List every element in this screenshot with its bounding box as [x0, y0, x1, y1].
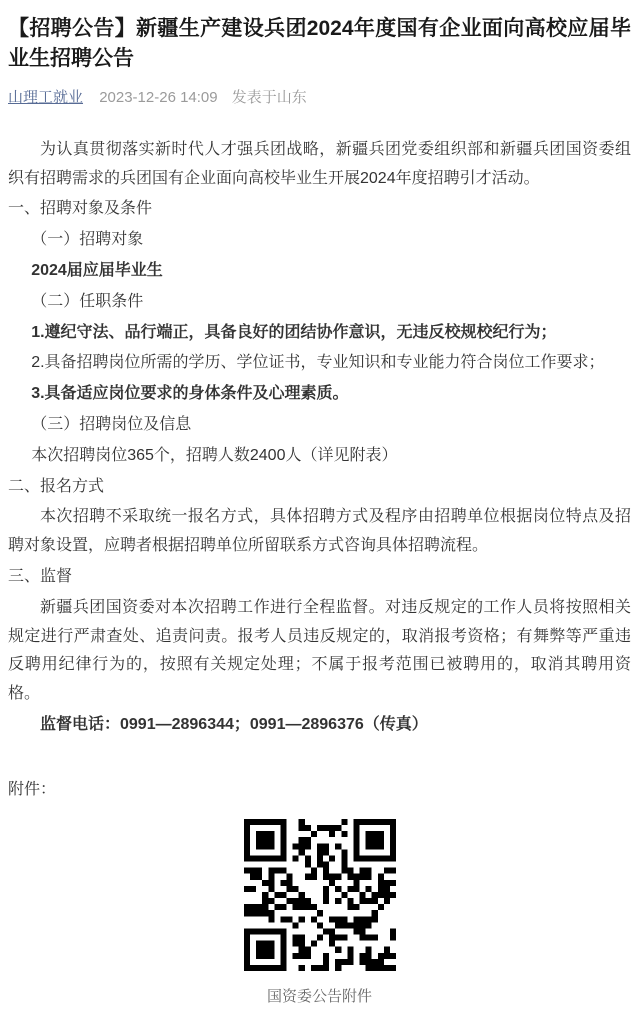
condition-item-2: 2.具备招聘岗位所需的学历、学位证书，专业知识和专业能力符合岗位工作要求；	[8, 349, 631, 378]
condition-item-1: 1.遵纪守法、品行端正，具备良好的团结协作意识，无违反校规校纪行为；	[8, 319, 631, 348]
publish-location: 发表于山东	[232, 89, 307, 106]
subsection-heading-1-2: （二）任职条件	[8, 288, 631, 317]
attachment-label: 附件：	[8, 776, 631, 805]
page-title: 【招聘公告】新疆生产建设兵团2024年度国有企业面向高校应届毕业生招聘公告	[8, 14, 631, 75]
subsection-heading-1-1: （一）招聘对象	[8, 226, 631, 255]
paragraph-registration: 本次招聘不采取统一报名方式，具体招聘方式及程序由招聘单位根据岗位特点及招聘对象设…	[8, 503, 631, 561]
section-heading-2: 二、报名方式	[8, 473, 631, 502]
account-link[interactable]: 山理工就业	[8, 89, 83, 106]
publish-datetime: 2023-12-26 14:09	[99, 89, 217, 106]
condition-item-3: 3.具备适应岗位要求的身体条件及心理素质。	[8, 380, 631, 409]
article: 【招聘公告】新疆生产建设兵团2024年度国有企业面向高校应届毕业生招聘公告 山理…	[0, 0, 639, 1017]
subsection-heading-1-3: （三）招聘岗位及信息	[8, 411, 631, 440]
qr-code-image[interactable]	[244, 819, 396, 971]
paragraph-positions: 本次招聘岗位365个，招聘人数2400人（详见附表）	[8, 442, 631, 471]
paragraph-supervision: 新疆兵团国资委对本次招聘工作进行全程监督。对违反规定的工作人员将按照相关规定进行…	[8, 594, 631, 709]
paragraph-intro: 为认真贯彻落实新时代人才强兵团战略，新疆兵团党委组织部和新疆兵团国资委组织有招聘…	[8, 136, 631, 194]
section-heading-1: 一、招聘对象及条件	[8, 195, 631, 224]
section-heading-3: 三、监督	[8, 563, 631, 592]
byline: 山理工就业 2023-12-26 14:09 发表于山东	[8, 87, 631, 108]
attachment-block: 国资委公告附件	[8, 819, 631, 1007]
paragraph-phone: 监督电话：0991—2896344；0991—2896376（传真）	[8, 711, 631, 740]
paragraph-target: 2024届应届毕业生	[8, 257, 631, 286]
